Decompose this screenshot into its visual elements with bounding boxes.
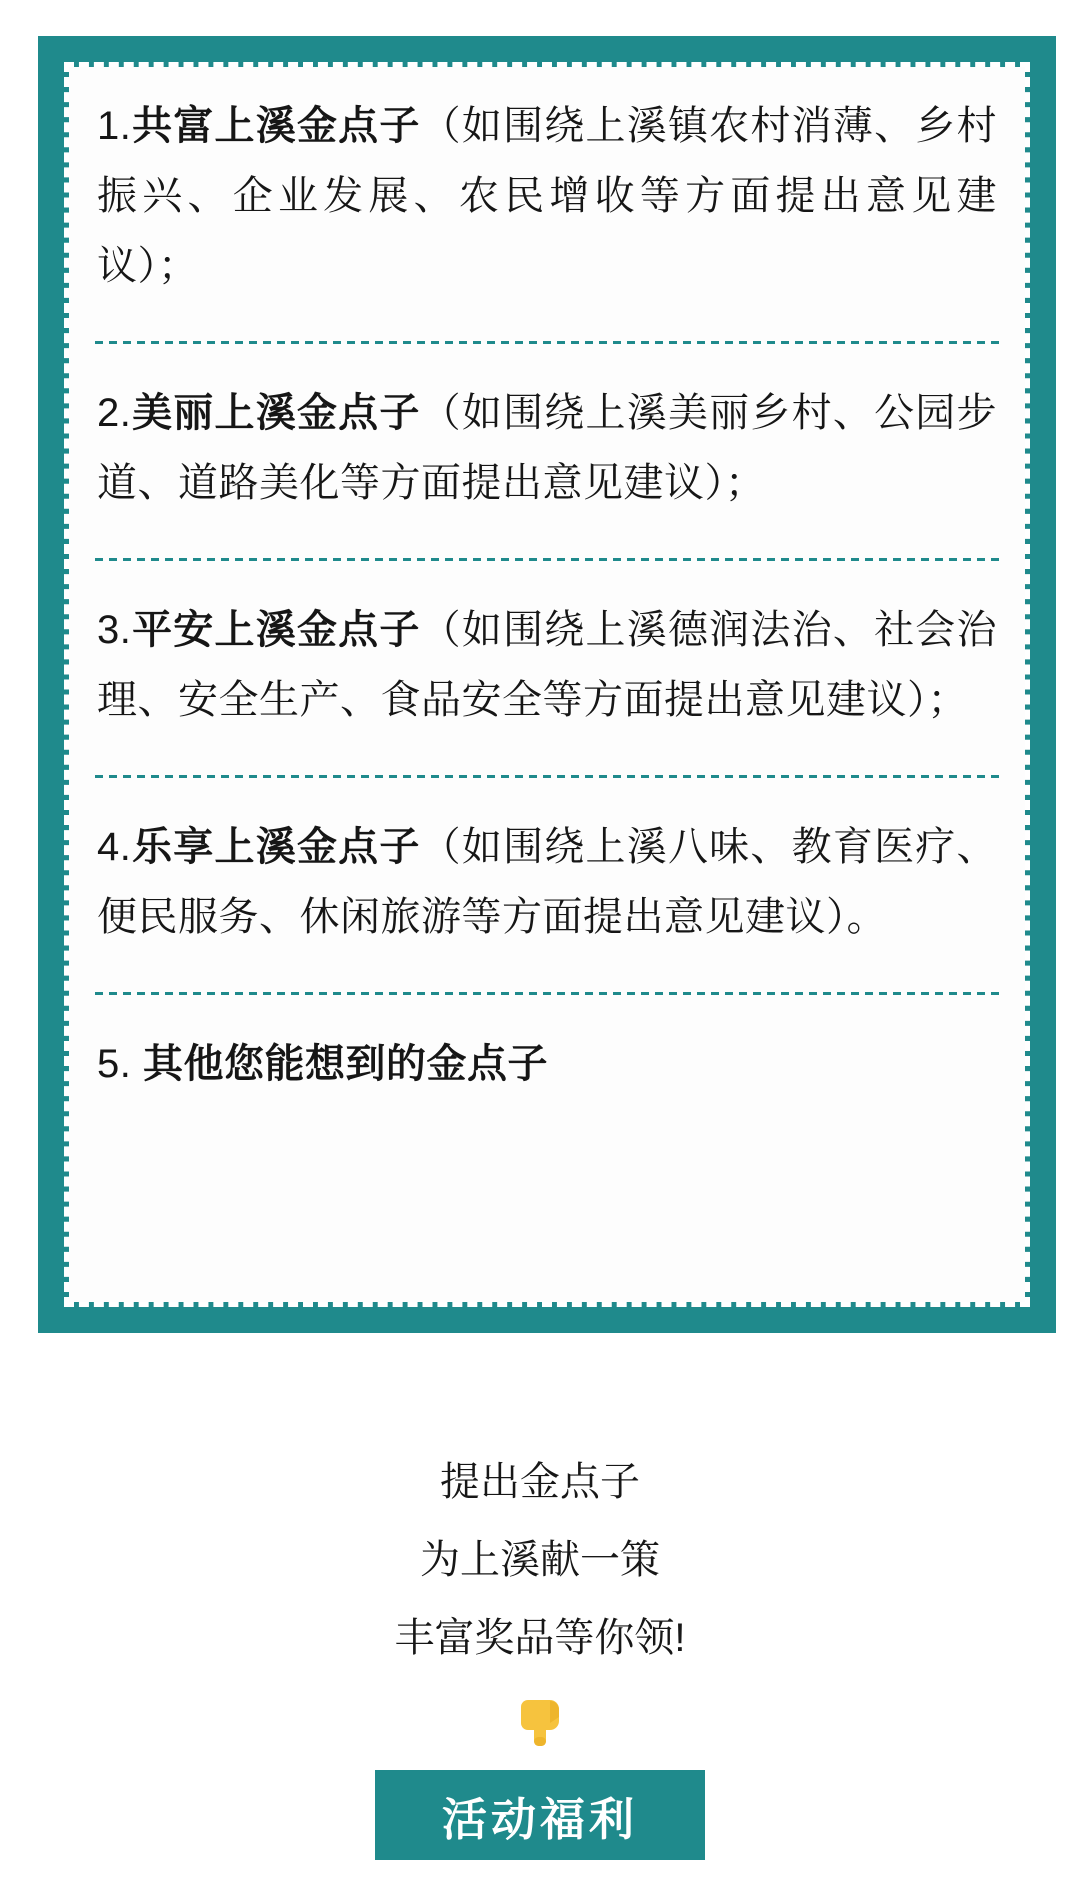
idea-item-number: 2.	[97, 391, 131, 435]
backhand-index-pointing-down-icon	[0, 1697, 1080, 1747]
activity-benefits-button[interactable]: 活动福利	[375, 1770, 705, 1860]
idea-item-number: 4.	[97, 825, 131, 869]
idea-item-1: 1.共富上溪金点子（如围绕上溪镇农村消薄、乡村振兴、企业发展、农民增收等方面提出…	[91, 67, 1003, 341]
slogan-block: 提出金点子 为上溪献一策 丰富奖品等你领!	[0, 1443, 1080, 1677]
idea-item-number: 1.	[97, 104, 131, 148]
idea-item-3: 3.平安上溪金点子（如围绕上溪德润法治、社会治理、安全生产、食品安全等方面提出意…	[91, 561, 1003, 775]
slogan-line-1: 提出金点子	[0, 1443, 1080, 1521]
idea-item-number: 3.	[97, 608, 131, 652]
idea-list-panel: 1.共富上溪金点子（如围绕上溪镇农村消薄、乡村振兴、企业发展、农民增收等方面提出…	[64, 62, 1030, 1307]
idea-item-number: 5.	[97, 1042, 143, 1086]
slogan-line-3: 丰富奖品等你领!	[0, 1599, 1080, 1677]
promo-poster-page: 1.共富上溪金点子（如围绕上溪镇农村消薄、乡村振兴、企业发展、农民增收等方面提出…	[0, 0, 1080, 1881]
idea-item-2: 2.美丽上溪金点子（如围绕上溪美丽乡村、公园步道、道路美化等方面提出意见建议）；	[91, 344, 1003, 558]
slogan-line-2: 为上溪献一策	[0, 1521, 1080, 1599]
idea-item-title: 美丽上溪金点子	[131, 391, 420, 435]
idea-item-title: 其他您能想到的金点子	[143, 1042, 548, 1086]
idea-item-5: 5. 其他您能想到的金点子	[91, 995, 1003, 1129]
idea-list-frame: 1.共富上溪金点子（如围绕上溪镇农村消薄、乡村振兴、企业发展、农民增收等方面提出…	[38, 36, 1056, 1333]
idea-item-4: 4.乐享上溪金点子（如围绕上溪八味、教育医疗、便民服务、休闲旅游等方面提出意见建…	[91, 778, 1003, 992]
idea-item-title: 平安上溪金点子	[131, 608, 420, 652]
idea-item-title: 共富上溪金点子	[131, 104, 420, 148]
idea-item-title: 乐享上溪金点子	[131, 825, 420, 869]
